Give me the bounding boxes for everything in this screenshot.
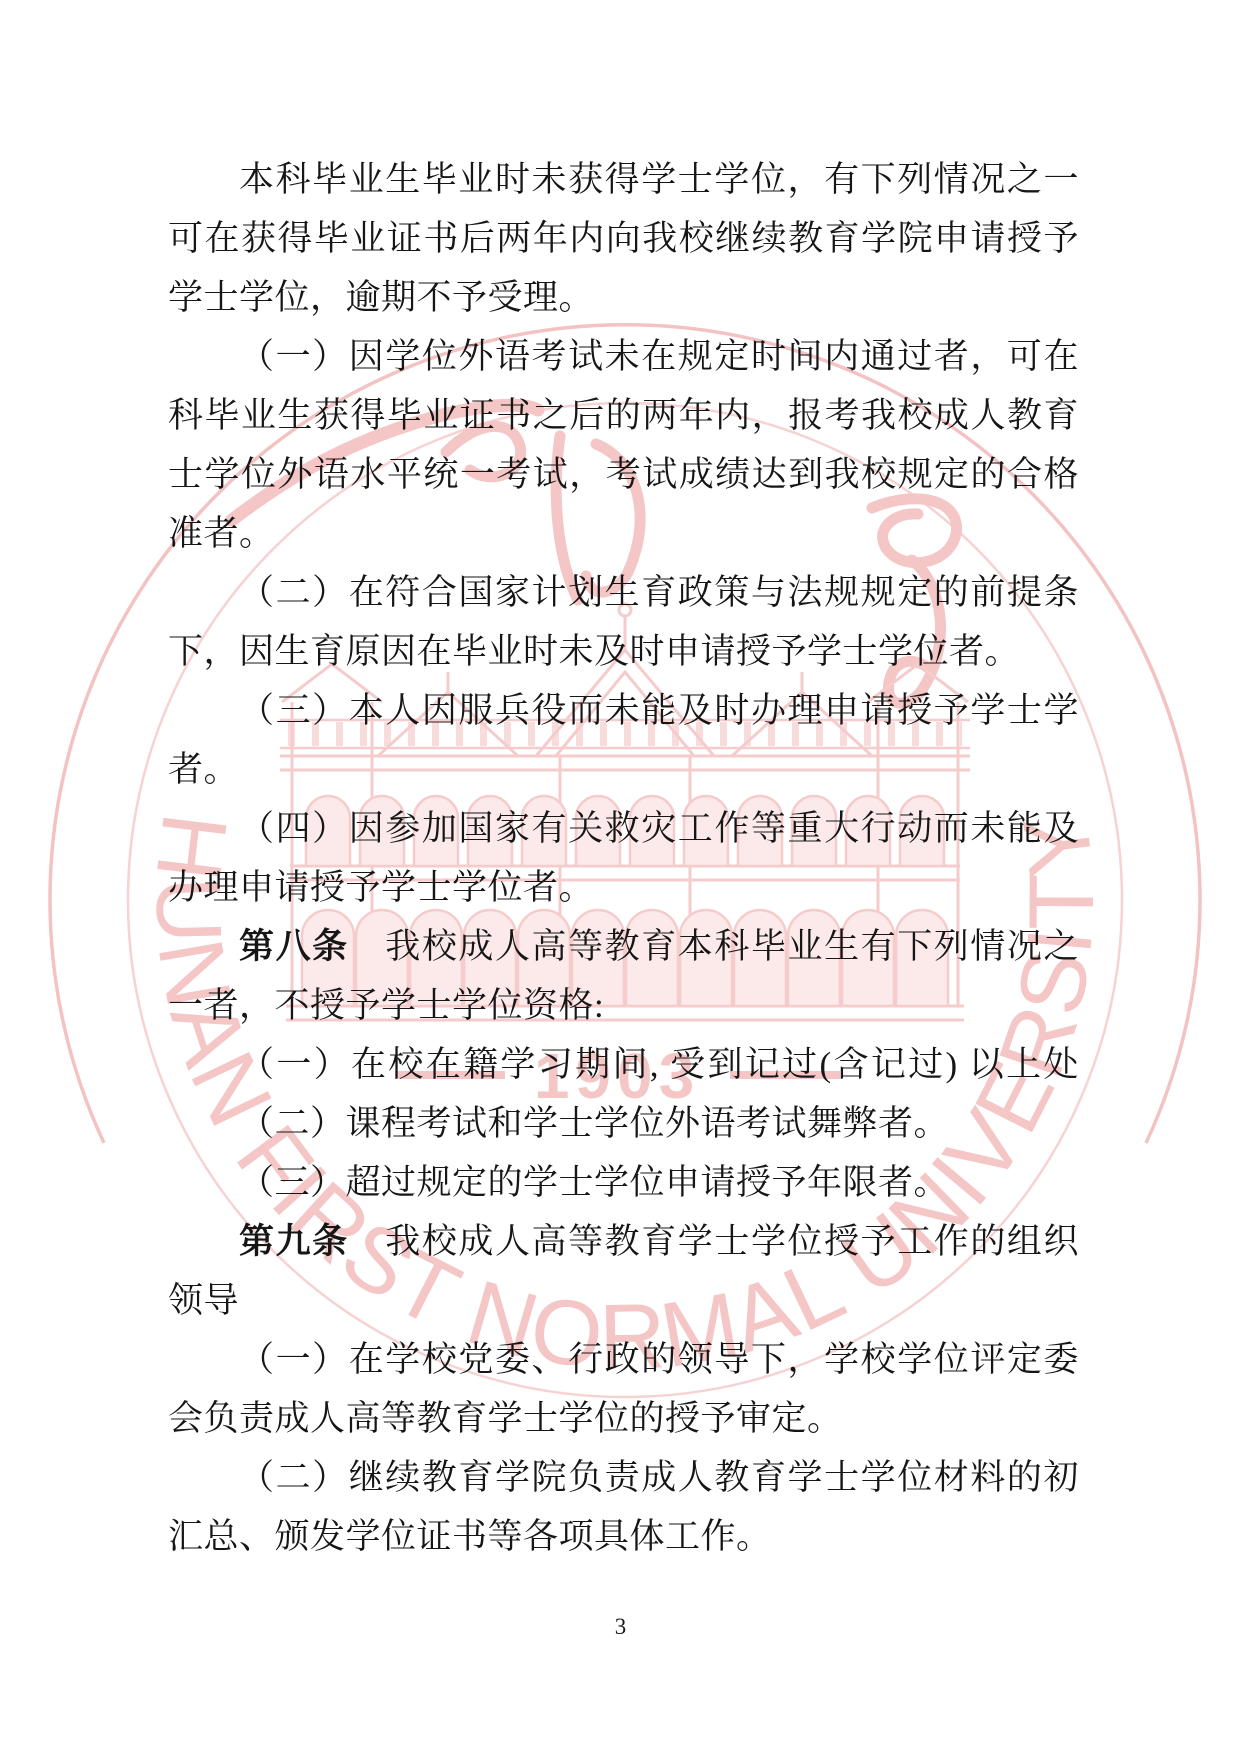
line-text: （二）课程考试和学士学位外语考试舞弊者。	[239, 1104, 949, 1143]
text-line: （二）继续教育学院负责成人教育学士学位材料的初审、	[168, 1448, 1079, 1507]
text-line: 准者。	[168, 504, 1079, 563]
text-line: （三）本人因服兵役而未能及时办理申请授予学士学位	[168, 681, 1079, 740]
line-text: 本科毕业生毕业时未获得学士学位，有下列情况之一者，	[168, 160, 1079, 209]
line-text: 汇总、颁发学位证书等各项具体工作。	[168, 1517, 772, 1556]
text-line: 下，因生育原因在毕业时未及时申请授予学士学位者。	[168, 622, 1079, 681]
line-text: （二）继续教育学院负责成人教育学士学位材料的初审、	[168, 1458, 1079, 1507]
line-text: 我校成人高等教育学士学位授予工作的组织	[349, 1222, 1079, 1261]
line-text: （一）在学校党委、行政的领导下，学校学位评定委员	[168, 1340, 1079, 1389]
line-text: 会负责成人高等教育学士学位的授予审定。	[168, 1399, 843, 1438]
article-number: 第八条	[239, 927, 349, 966]
line-text: （三）超过规定的学士学位申请授予年限者。	[239, 1163, 949, 1202]
line-text: （三）本人因服兵役而未能及时办理申请授予学士学位	[168, 691, 1079, 740]
document-text: 本科毕业生毕业时未获得学士学位，有下列情况之一者，可在获得毕业证书后两年内向我校…	[168, 150, 1079, 1566]
document-page: HUNAN FIRST NORMAL UNIVERSITY	[0, 0, 1241, 1755]
text-line: 可在获得毕业证书后两年内向我校继续教育学院申请授予	[168, 209, 1079, 268]
line-text: 领导	[168, 1281, 239, 1320]
text-line: 本科毕业生毕业时未获得学士学位，有下列情况之一者，	[168, 150, 1079, 209]
text-line: 学士学位，逾期不予受理。	[168, 268, 1079, 327]
text-line: 汇总、颁发学位证书等各项具体工作。	[168, 1507, 1079, 1566]
text-line: （三）超过规定的学士学位申请授予年限者。	[168, 1153, 1079, 1212]
text-line: （二）课程考试和学士学位外语考试舞弊者。	[168, 1094, 1079, 1153]
line-text: （四）因参加国家有关救灾工作等重大行动而未能及时	[168, 809, 1079, 858]
text-line: 第八条 我校成人高等教育本科毕业生有下列情况之	[168, 917, 1079, 976]
article-number: 第九条	[239, 1222, 349, 1261]
text-line: （一）在学校党委、行政的领导下，学校学位评定委员	[168, 1330, 1079, 1389]
text-line: 第九条 我校成人高等教育学士学位授予工作的组织	[168, 1212, 1079, 1271]
text-line: （一）因学位外语考试未在规定时间内通过者，可在本	[168, 327, 1079, 386]
line-text: 办理申请授予学士学位者。	[168, 868, 594, 907]
line-text: 科毕业生获得毕业证书之后的两年内，报考我校成人教育学	[168, 396, 1079, 445]
line-text: 学士学位，逾期不予受理。	[168, 278, 594, 317]
text-line: 者。	[168, 740, 1079, 799]
line-text: 一者，不授予学士学位资格:	[168, 986, 604, 1025]
text-line: 科毕业生获得毕业证书之后的两年内，报考我校成人教育学	[168, 386, 1079, 445]
text-line: （四）因参加国家有关救灾工作等重大行动而未能及时	[168, 799, 1079, 858]
line-text: 我校成人高等教育本科毕业生有下列情况之	[349, 927, 1079, 966]
text-line: （一）在校在籍学习期间, 受到记过(含记过) 以上处分。	[168, 1035, 1079, 1094]
page-number: 3	[0, 1614, 1241, 1640]
line-text: 下，因生育原因在毕业时未及时申请授予学士学位者。	[168, 632, 1020, 671]
line-text: 可在获得毕业证书后两年内向我校继续教育学院申请授予	[168, 219, 1079, 258]
line-text: （二）在符合国家计划生育政策与法规规定的前提条件	[168, 573, 1079, 622]
document-lines: 本科毕业生毕业时未获得学士学位，有下列情况之一者，可在获得毕业证书后两年内向我校…	[168, 150, 1079, 1566]
text-line: 办理申请授予学士学位者。	[168, 858, 1079, 917]
line-text: 准者。	[168, 514, 275, 553]
line-text: （一）因学位外语考试未在规定时间内通过者，可在本	[168, 337, 1079, 386]
text-line: 一者，不授予学士学位资格:	[168, 976, 1079, 1035]
text-line: 士学位外语水平统一考试，考试成绩达到我校规定的合格标	[168, 445, 1079, 504]
text-line: （二）在符合国家计划生育政策与法规规定的前提条件	[168, 563, 1079, 622]
line-text: 士学位外语水平统一考试，考试成绩达到我校规定的合格标	[168, 455, 1079, 504]
line-text: （一）在校在籍学习期间, 受到记过(含记过) 以上处分。	[168, 1045, 1079, 1094]
text-line: 领导	[168, 1271, 1079, 1330]
text-line: 会负责成人高等教育学士学位的授予审定。	[168, 1389, 1079, 1448]
line-text: 者。	[168, 750, 239, 789]
